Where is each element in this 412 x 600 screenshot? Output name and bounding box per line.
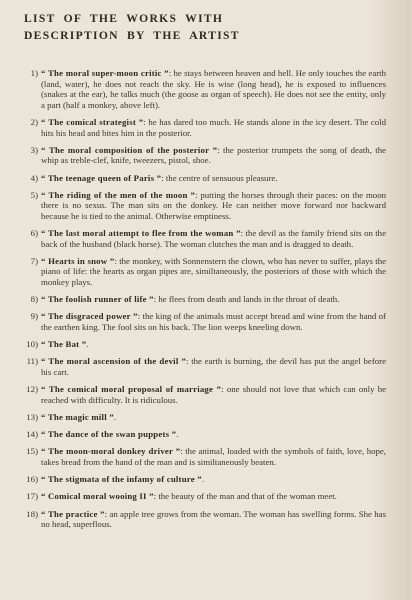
list-item: 12)“ The comical moral proposal of marri…: [24, 384, 386, 405]
work-description: .: [114, 412, 116, 422]
work-title: “ The foolish runner of life ”: [41, 294, 154, 304]
list-item: 11)“ The moral ascension of the devil ”:…: [24, 356, 386, 377]
work-title: “ The last moral attempt to flee from th…: [41, 228, 241, 238]
item-number: 1): [24, 68, 38, 110]
list-item: 10)“ The Bat ”.: [24, 339, 386, 350]
item-number: 9): [24, 311, 38, 332]
work-title: “ The disgraced power ”: [41, 311, 138, 321]
item-number: 15): [24, 446, 38, 467]
work-title: “ The comical strategist ”: [41, 117, 143, 127]
list-item: 2)“ The comical strategist ”: he has dar…: [24, 117, 386, 138]
item-text: “ The last moral attempt to flee from th…: [41, 228, 386, 249]
item-number: 10): [24, 339, 38, 350]
list-item: 13)“ The magic mill ”.: [24, 412, 386, 423]
item-text: “ The comical strategist ”: he has dared…: [41, 117, 386, 138]
item-number: 16): [24, 474, 38, 485]
item-text: “ The moral super-moon critic ”: he stay…: [41, 68, 386, 110]
item-text: “ The disgraced power ”: the king of the…: [41, 311, 386, 332]
work-title: “ The stigmata of the infamy of culture …: [41, 474, 202, 484]
list-item: 8)“ The foolish runner of life ”: he fle…: [24, 294, 386, 305]
work-description: : he flees from death and lands in the t…: [154, 294, 340, 304]
work-title: “ The magic mill ”: [41, 412, 114, 422]
work-title: “ Comical moral wooing II ”: [41, 491, 154, 501]
item-text: “ The dance of the swan puppets ”.: [41, 429, 386, 440]
item-number: 4): [24, 173, 38, 184]
list-item: 15)“ The moon-moral donkey driver ”: the…: [24, 446, 386, 467]
list-item: 7)“ Hearts in snow ”: the monkey, with S…: [24, 256, 386, 288]
page-title-line-2: DESCRIPTION BY THE ARTIST: [24, 28, 412, 45]
work-title: “ The moral super-moon critic ”: [41, 68, 169, 78]
list-item: 6)“ The last moral attempt to flee from …: [24, 228, 386, 249]
work-title: “ The Bat ”: [41, 339, 86, 349]
item-number: 11): [24, 356, 38, 377]
item-number: 14): [24, 429, 38, 440]
work-title: “ The moral ascension of the devil ”: [41, 356, 186, 366]
item-number: 13): [24, 412, 38, 423]
list-item: 1)“ The moral super-moon critic ”: he st…: [24, 68, 386, 110]
book-page: LIST OF THE WORKS WITH DESCRIPTION BY TH…: [0, 0, 412, 600]
item-text: “ The stigmata of the infamy of culture …: [41, 474, 386, 485]
item-number: 12): [24, 384, 38, 405]
item-text: “ The teenage queen of Paris ”: the cent…: [41, 173, 386, 184]
item-number: 8): [24, 294, 38, 305]
work-description: : the beauty of the man and that of the …: [154, 491, 337, 501]
item-text: “ The moral ascension of the devil ”: th…: [41, 356, 386, 377]
page-title-line-1: LIST OF THE WORKS WITH: [24, 11, 412, 28]
work-title: “ The moral composition of the posterior…: [41, 145, 217, 155]
item-text: “ The Bat ”.: [41, 339, 386, 350]
item-text: “ The riding of the men of the moon ”: p…: [41, 190, 386, 222]
item-text: “ Hearts in snow ”: the monkey, with Son…: [41, 256, 386, 288]
list-item: 18)“ The practice ”: an apple tree grows…: [24, 509, 386, 530]
item-text: “ The foolish runner of life ”: he flees…: [41, 294, 386, 305]
item-text: “ The magic mill ”.: [41, 412, 386, 423]
list-item: 4)“ The teenage queen of Paris ”: the ce…: [24, 173, 386, 184]
work-title: “ The dance of the swan puppets ”: [41, 429, 176, 439]
item-text: “ The moon-moral donkey driver ”: the an…: [41, 446, 386, 467]
list-item: 3)“ The moral composition of the posteri…: [24, 145, 386, 166]
work-description: .: [202, 474, 204, 484]
item-number: 2): [24, 117, 38, 138]
list-item: 5)“ The riding of the men of the moon ”:…: [24, 190, 386, 222]
work-title: “ Hearts in snow ”: [41, 256, 114, 266]
item-number: 7): [24, 256, 38, 288]
work-description: .: [176, 429, 178, 439]
page-title: LIST OF THE WORKS WITH DESCRIPTION BY TH…: [0, 0, 412, 44]
list-item: 16)“ The stigmata of the infamy of cultu…: [24, 474, 386, 485]
item-text: “ Comical moral wooing II ”: the beauty …: [41, 491, 386, 502]
item-text: “ The practice ”: an apple tree grows fr…: [41, 509, 386, 530]
item-number: 17): [24, 491, 38, 502]
item-number: 5): [24, 190, 38, 222]
list-item: 17)“ Comical moral wooing II ”: the beau…: [24, 491, 386, 502]
work-description: : the centre of sensuous pleasure.: [161, 173, 277, 183]
work-title: “ The teenage queen of Paris ”: [41, 173, 161, 183]
item-number: 6): [24, 228, 38, 249]
work-title: “ The moon-moral donkey driver ”: [41, 446, 180, 456]
work-title: “ The practice ”: [41, 509, 105, 519]
work-description: .: [86, 339, 88, 349]
list-item: 9)“ The disgraced power ”: the king of t…: [24, 311, 386, 332]
item-number: 3): [24, 145, 38, 166]
item-number: 18): [24, 509, 38, 530]
list-item: 14)“ The dance of the swan puppets ”.: [24, 429, 386, 440]
work-title: “ The comical moral proposal of marriage…: [41, 384, 221, 394]
work-title: “ The riding of the men of the moon ”: [41, 190, 195, 200]
item-text: “ The moral composition of the posterior…: [41, 145, 386, 166]
item-text: “ The comical moral proposal of marriage…: [41, 384, 386, 405]
works-list: 1)“ The moral super-moon critic ”: he st…: [24, 68, 386, 530]
